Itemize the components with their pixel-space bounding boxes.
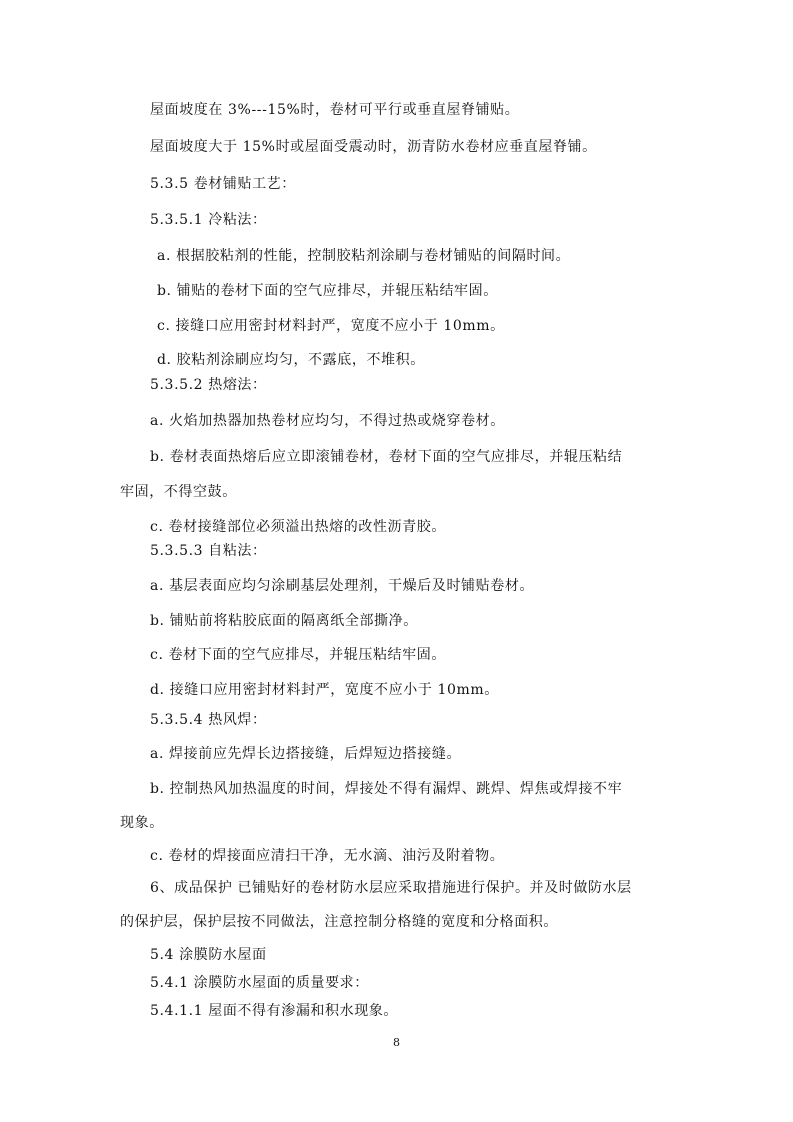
text-line: 5.3.5 卷材铺贴工艺： [150,175,296,193]
text-line: 屋面坡度在 3%---15%时，卷材可平行或垂直屋脊铺贴。 [150,101,519,119]
text-line: 5.3.5.1 冷粘法： [150,211,267,229]
text-line: 牢固，不得空鼓。 [120,483,237,501]
text-line: 5.4.1.1 屋面不得有渗漏和积水现象。 [150,1002,398,1020]
document-page: 屋面坡度在 3%---15%时，卷材可平行或垂直屋脊铺贴。屋面坡度大于 15%时… [0,0,793,1122]
text-line: b. 铺贴的卷材下面的空气应排尽，并辊压粘结牢固。 [157,282,498,300]
text-line: a. 焊接前应先焊长边搭接缝，后焊短边搭接缝。 [150,745,461,763]
text-line: 6、成品保护 已铺贴好的卷材防水层应采取措施进行保护。并及时做防水层 [150,879,632,897]
text-line: d. 胶粘剂涂刷应均匀，不露底，不堆积。 [157,351,425,369]
text-line: 5.4.1 涂膜防水屋面的质量要求： [150,974,369,992]
text-line: 屋面坡度大于 15%时或屋面受震动时，沥青防水卷材应垂直屋脊铺。 [150,138,597,156]
text-line: a. 火焰加热器加热卷材应均匀，不得过热或烧穿卷材。 [150,412,505,430]
text-line: a. 基层表面应均匀涂刷基层处理剂，干燥后及时铺贴卷材。 [150,577,534,595]
text-line: d. 接缝口应用密封材料封严，宽度不应小于 10mm。 [150,681,499,699]
text-line: 5.3.5.4 热风焊： [150,711,267,729]
text-line: c. 卷材下面的空气应排尽，并辊压粘结牢固。 [150,646,446,664]
text-line: c. 卷材接缝部位必须溢出热熔的改性沥青胶。 [150,518,446,536]
text-line: 5.4 涂膜防水屋面 [150,946,267,964]
text-line: b. 卷材表面热熔后应立即滚铺卷材，卷材下面的空气应排尽，并辊压粘结 [150,448,622,466]
text-line: 5.3.5.3 自粘法： [150,542,267,560]
text-line: 现象。 [120,814,164,832]
text-line: a. 根据胶粘剂的性能，控制胶粘剂涂刷与卷材铺贴的间隔时间。 [157,247,570,265]
text-line: 5.3.5.2 热熔法： [150,376,267,394]
text-line: b. 控制热风加热温度的时间，焊接处不得有漏焊、跳焊、焊焦或焊接不牢 [150,780,622,798]
text-line: b. 铺贴前将粘胶底面的隔离纸全部撕净。 [150,612,418,630]
text-line: 的保护层，保护层按不同做法，注意控制分格缝的宽度和分格面积。 [120,913,558,931]
page-number: 8 [0,1036,793,1049]
text-line: c. 接缝口应用密封材料封严，宽度不应小于 10mm。 [157,317,505,335]
text-line: c. 卷材的焊接面应清扫干净，无水滴、油污及附着物。 [150,847,504,865]
